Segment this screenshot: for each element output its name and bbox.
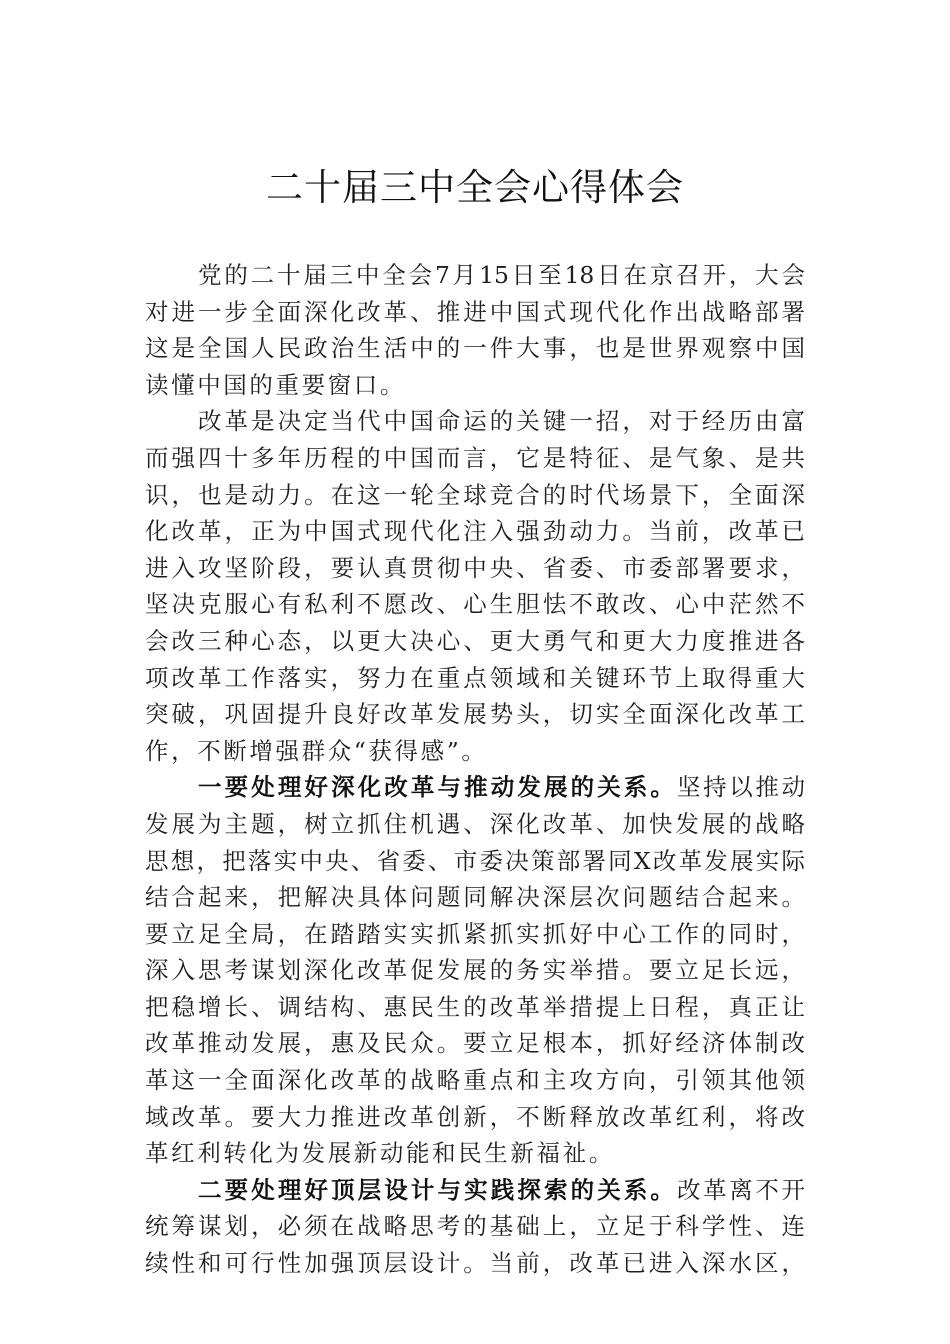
section-heading-2: 二要处理好顶层设计与实践探索的关系。 [198,1176,677,1204]
paragraph-line: 域改革。要大力推进改革创新，不断释放改革红利，将改 [145,1099,805,1136]
paragraph-line: 要立足全局，在踏踏实实抓紧抓实抓好中心工作的同时， [145,916,805,953]
paragraph-line: 发展为主题，树立抓住机遇、深化改革、加快发展的战略 [145,806,805,843]
paragraph-line: 项改革工作落实，努力在重点领域和关键环节上取得重大 [145,660,805,697]
paragraph-first-line: 二要处理好顶层设计与实践探索的关系。改革离不开 [145,1172,805,1209]
paragraph-first-line: 一要处理好深化改革与推动发展的关系。坚持以推动 [145,769,805,806]
paragraph-line: 思想，把落实中央、省委、市委决策部署同X改革发展实际 [145,843,805,880]
paragraph-line: 进入攻坚阶段，要认真贯彻中央、省委、市委部署要求， [145,550,805,587]
paragraph-line: 革这一全面深化改革的战略重点和主攻方向，引领其他领 [145,1062,805,1099]
paragraph-line: 而强四十多年历程的中国而言，它是特征、是气象、是共 [145,440,805,477]
paragraph-3: 一要处理好深化改革与推动发展的关系。坚持以推动 发展为主题，树立抓住机遇、深化改… [145,769,805,1172]
paragraph-line: 作，不断增强群众“获得感”。 [145,733,805,770]
paragraph-line: 读懂中国的重要窗口。 [145,367,805,404]
paragraph-line: 统筹谋划，必须在战略思考的基础上，立足于科学性、连 [145,1208,805,1245]
paragraph-line: 会改三种心态，以更大决心、更大勇气和更大力度推进各 [145,623,805,660]
document-title: 二十届三中全会心得体会 [0,165,950,211]
paragraph-line: 党的二十届三中全会7月15日至18日在京召开，大会 [145,257,805,294]
paragraph-line: 结合起来，把解决具体问题同解决深层次问题结合起来。 [145,879,805,916]
paragraph-line: 改革推动发展，惠及民众。要立足根本，抓好经济体制改 [145,1025,805,1062]
paragraph-line-rest: 坚持以推动 [677,773,805,801]
paragraph-4: 二要处理好顶层设计与实践探索的关系。改革离不开 统筹谋划，必须在战略思考的基础上… [145,1172,805,1282]
paragraph-1: 党的二十届三中全会7月15日至18日在京召开，大会 对进一步全面深化改革、推进中… [145,257,805,403]
paragraph-line: 化改革，正为中国式现代化注入强劲动力。当前，改革已 [145,513,805,550]
paragraph-line: 突破，巩固提升良好改革发展势头，切实全面深化改革工 [145,696,805,733]
document-body: 党的二十届三中全会7月15日至18日在京召开，大会 对进一步全面深化改革、推进中… [145,257,805,1282]
paragraph-line: 深入思考谋划深化改革促发展的务实举措。要立足长远， [145,952,805,989]
paragraph-line: 坚决克服心有私利不愿改、心生胆怯不敢改、心中茫然不 [145,586,805,623]
paragraph-line: 改革是决定当代中国命运的关键一招，对于经历由富 [145,403,805,440]
paragraph-line: 把稳增长、调结构、惠民生的改革举措提上日程，真正让 [145,989,805,1026]
paragraph-line: 革红利转化为发展新动能和民生新福祉。 [145,1135,805,1172]
document-page: 二十届三中全会心得体会 党的二十届三中全会7月15日至18日在京召开，大会 对进… [0,0,950,1344]
paragraph-2: 改革是决定当代中国命运的关键一招，对于经历由富 而强四十多年历程的中国而言，它是… [145,403,805,769]
paragraph-line-rest: 改革离不开 [677,1176,805,1204]
section-heading-1: 一要处理好深化改革与推动发展的关系。 [198,773,677,801]
paragraph-line: 识，也是动力。在这一轮全球竞合的时代场景下，全面深 [145,477,805,514]
paragraph-line: 续性和可行性加强顶层设计。当前，改革已进入深水区， [145,1245,805,1282]
paragraph-line: 这是全国人民政治生活中的一件大事，也是世界观察中国 [145,330,805,367]
paragraph-line: 对进一步全面深化改革、推进中国式现代化作出战略部署 [145,294,805,331]
